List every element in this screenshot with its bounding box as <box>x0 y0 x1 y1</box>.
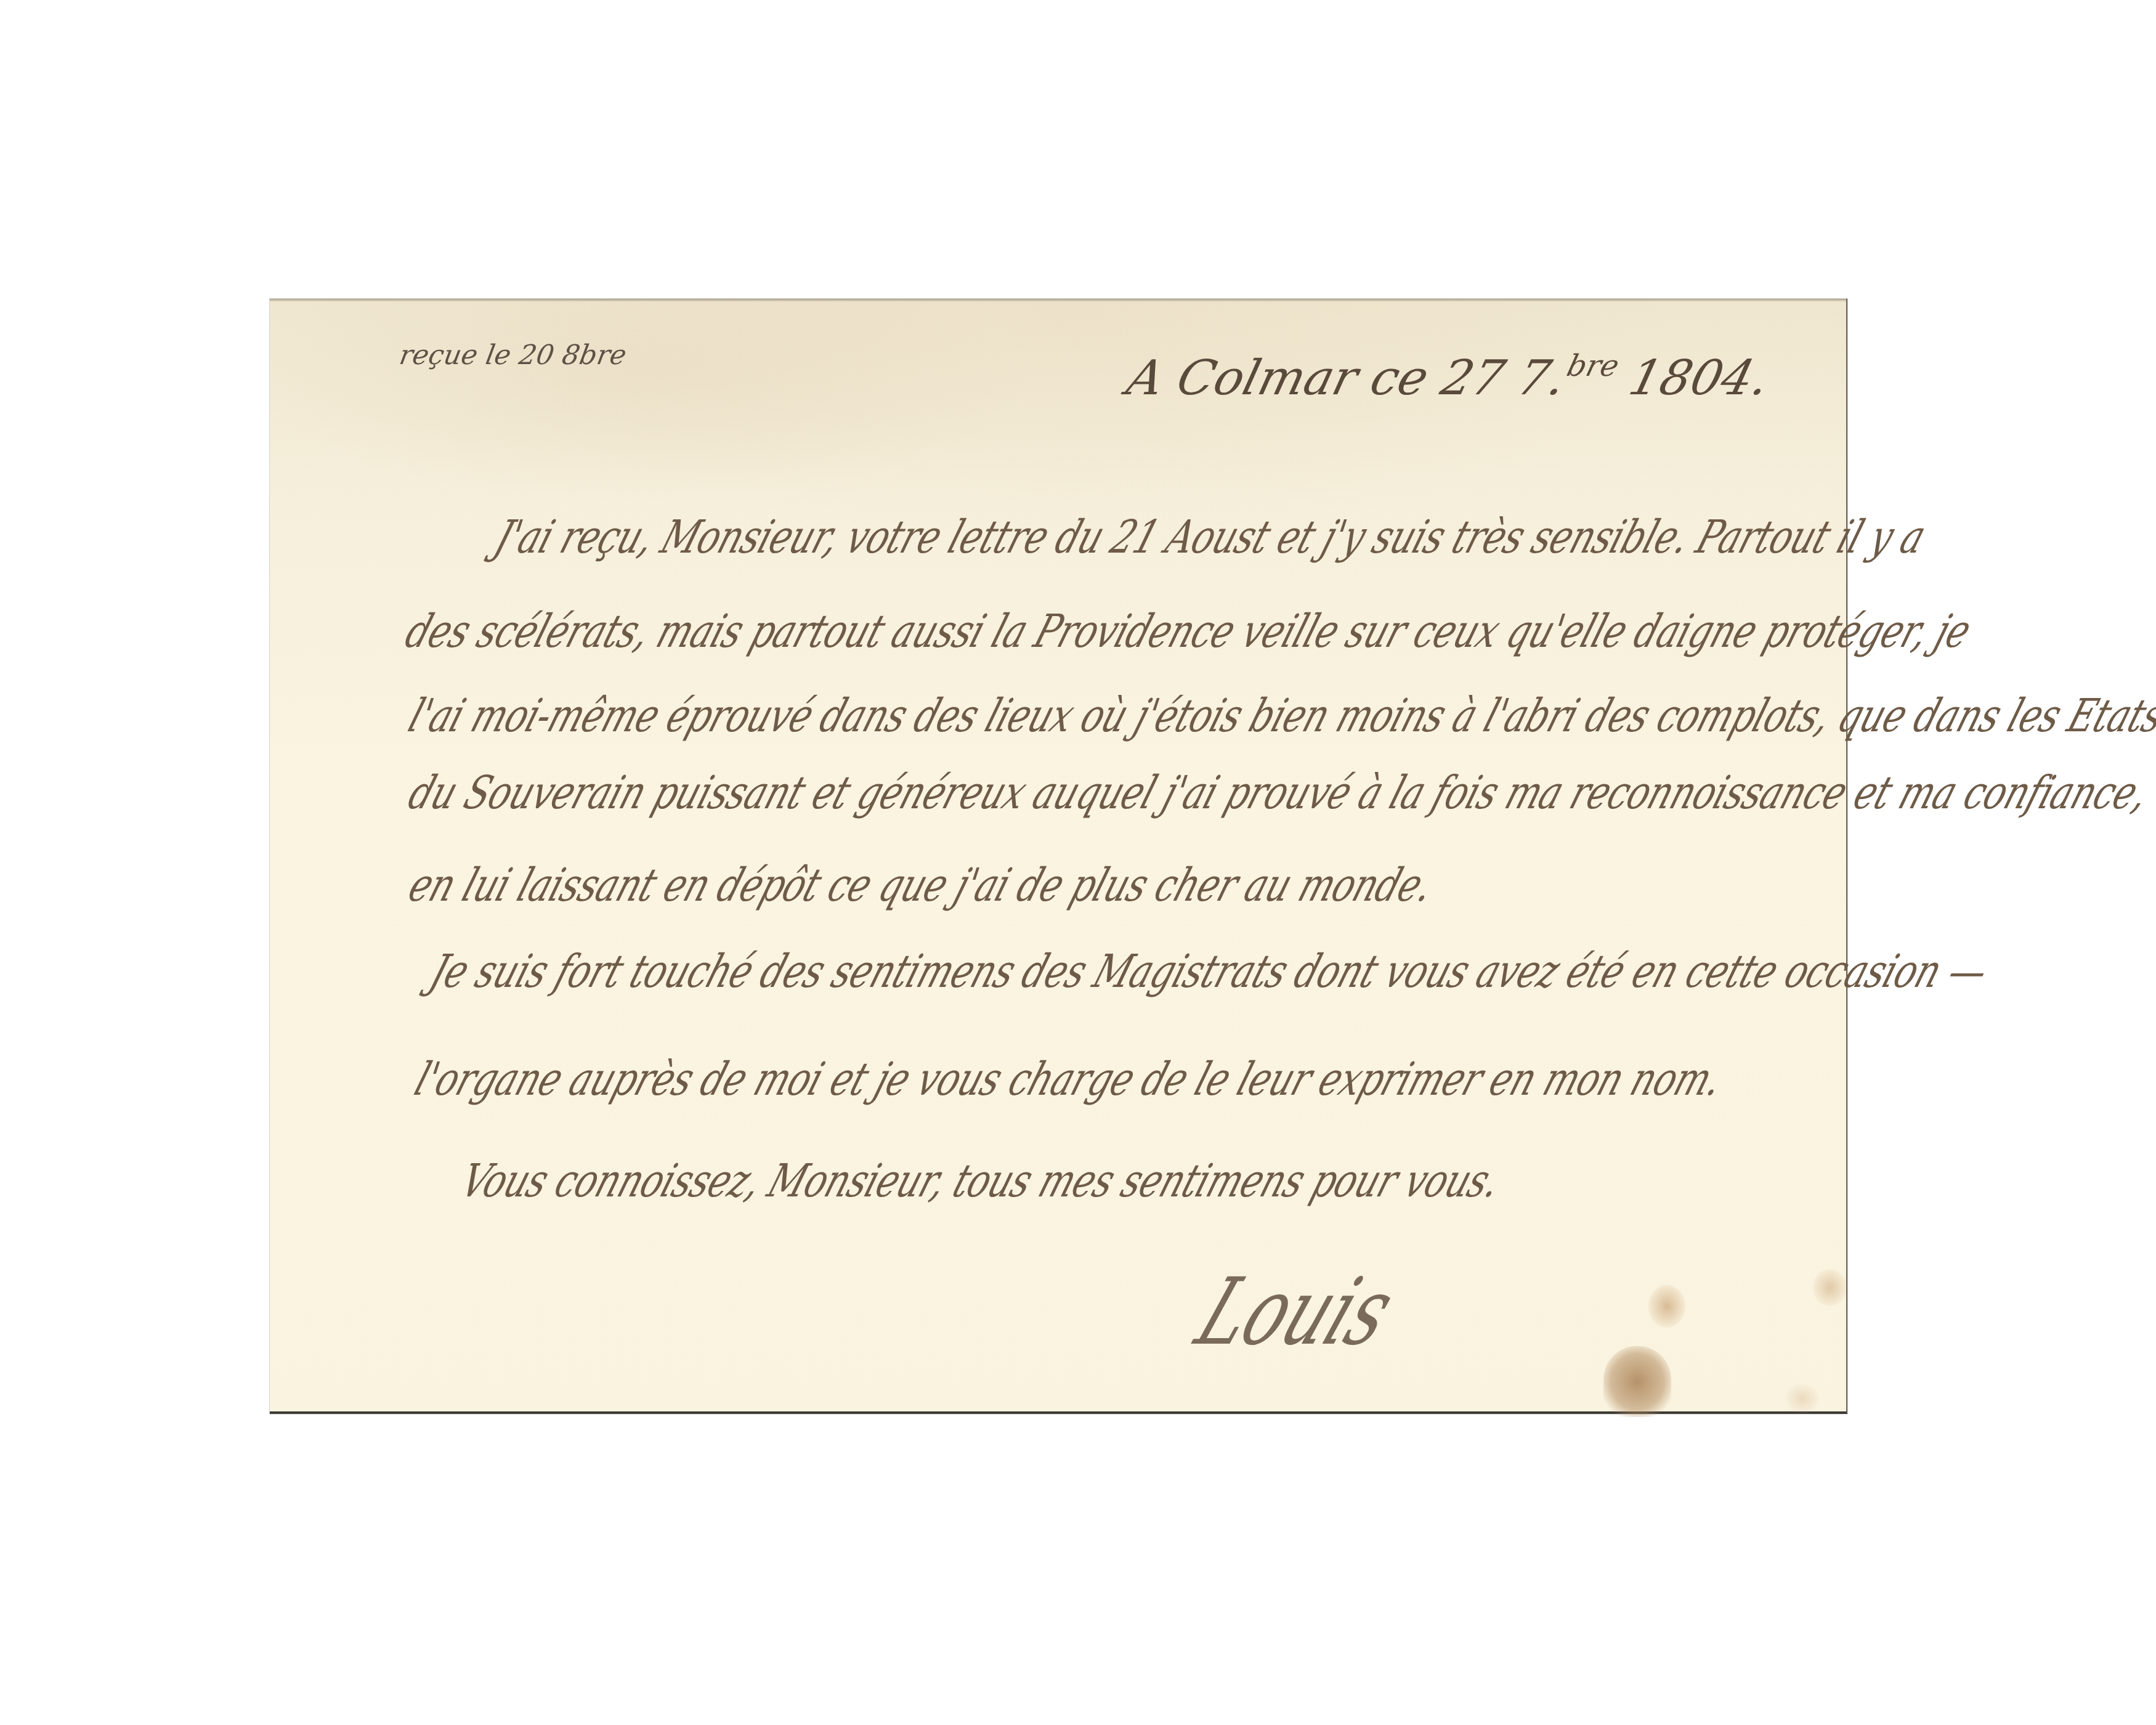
dateline-place: A Colmar ce 27 7. <box>1122 351 1572 406</box>
letter-line-6: Je suis fort touché des sentimens des Ma… <box>425 949 1993 994</box>
foxing-stain <box>1648 1285 1685 1328</box>
letter-paper: reçue le 20 8bre A Colmar ce 27 7.bre 18… <box>270 299 1847 1414</box>
letter-line-8: Vous connoissez, Monsieur, tous mes sent… <box>456 1158 1506 1204</box>
receipt-annotation: reçue le 20 8bre <box>397 342 628 369</box>
letter-line-7: l'organe auprès de moi et je vous charge… <box>410 1057 1728 1102</box>
letter-line-5: en lui laissant en dépôt ce que j'ai de … <box>403 862 1438 908</box>
dateline: A Colmar ce 27 7.bre 1804. <box>1122 351 1775 402</box>
foxing-stain-large <box>1603 1346 1671 1417</box>
signature: Louis <box>1186 1266 1406 1358</box>
dateline-month-superscript: bre <box>1563 349 1623 383</box>
letter-line-3: l'ai moi-même éprouvé dans des lieux où … <box>403 693 2156 739</box>
letter-line-1: J'ai reçu, Monsieur, votre lettre du 21 … <box>490 514 1931 560</box>
letter-line-4: du Souverain puissant et généreux auquel… <box>403 770 2154 816</box>
foxing-stain <box>1785 1383 1819 1414</box>
foxing-stain <box>1813 1269 1847 1306</box>
paper-top-edge <box>270 299 1846 302</box>
letter-line-2: des scélérats, mais partout aussi la Pro… <box>400 609 1976 654</box>
dateline-year: 1804. <box>1624 351 1775 406</box>
